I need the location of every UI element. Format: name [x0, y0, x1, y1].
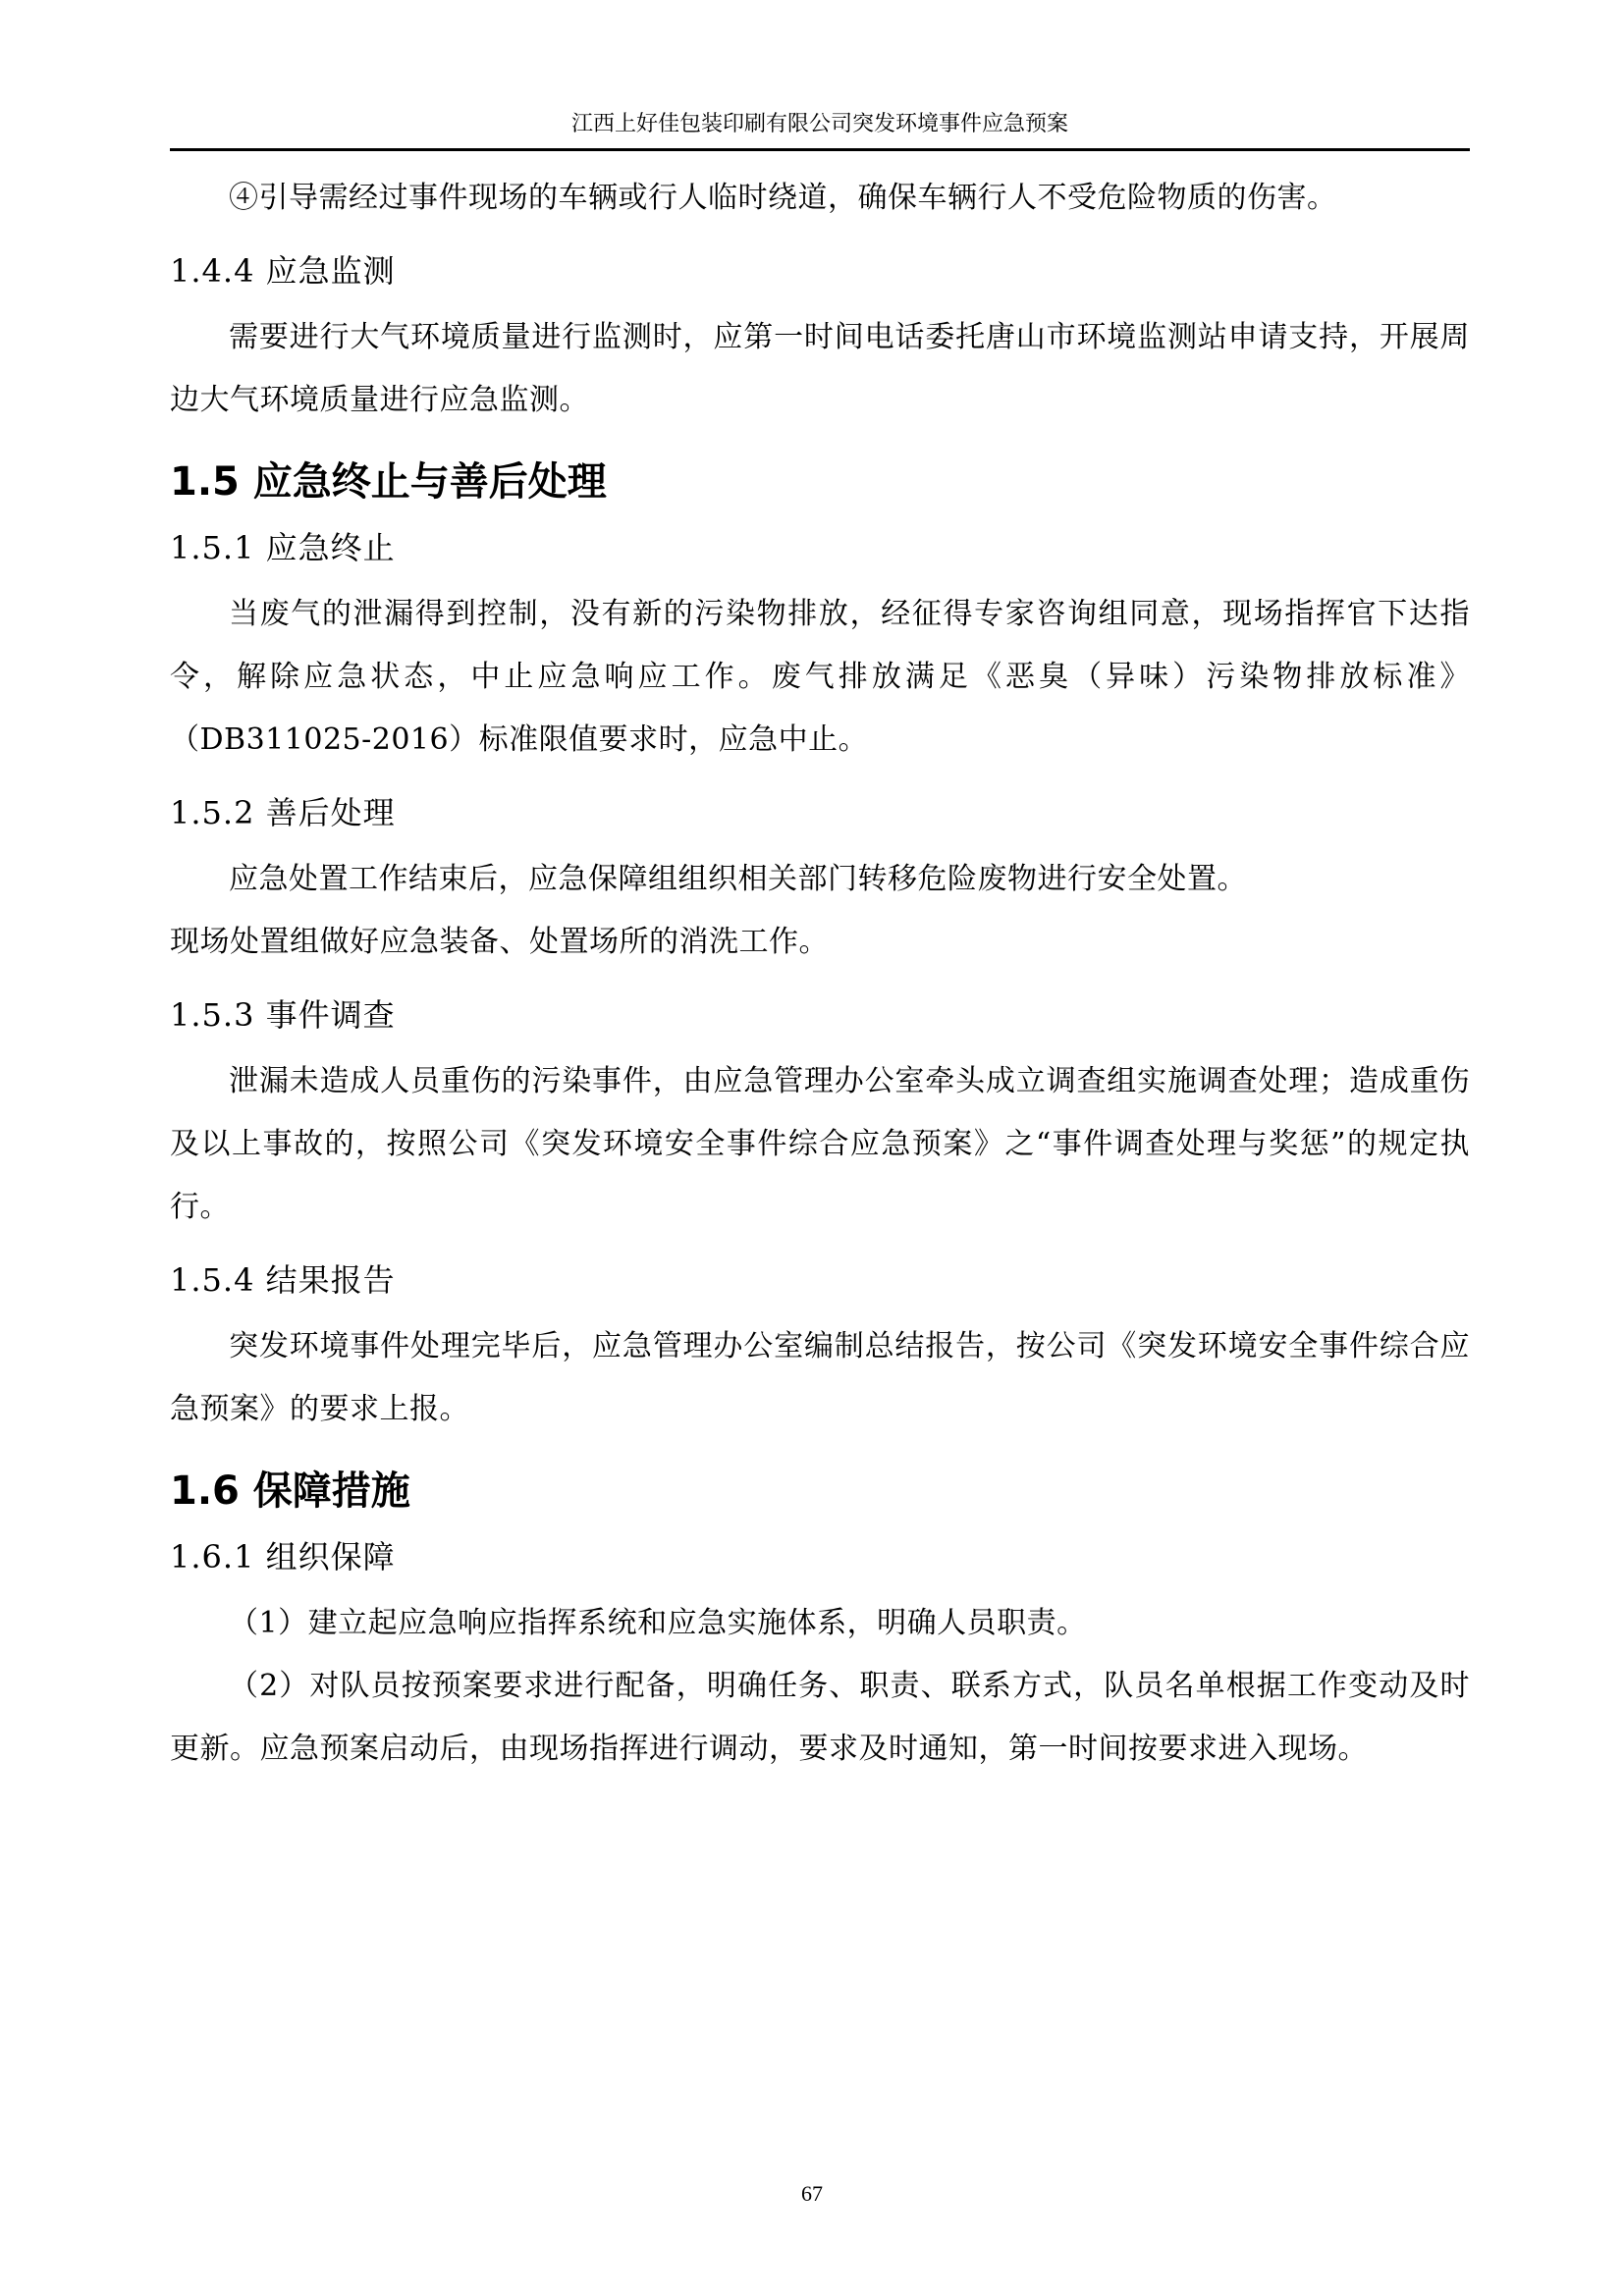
- heading-1-4-4: 1.4.4 应急监测: [170, 251, 1470, 291]
- paragraph-incident-investigation: 泄漏未造成人员重伤的污染事件，由应急管理办公室牵头成立调查组实施调查处理；造成重…: [170, 1050, 1470, 1239]
- heading-1-5-3: 1.5.3 事件调查: [170, 995, 1470, 1035]
- heading-1-6: 1.6 保障措施: [170, 1467, 1470, 1516]
- paragraph-aftermath-1: 应急处置工作结束后，应急保障组组织相关部门转移危险废物进行安全处置。: [170, 848, 1470, 911]
- heading-1-5-2: 1.5.2 善后处理: [170, 793, 1470, 832]
- page-number: 67: [0, 2181, 1624, 2207]
- paragraph-aftermath-2: 现场处置组做好应急装备、处置场所的消洗工作。: [170, 911, 1470, 974]
- heading-1-6-1: 1.6.1 组织保障: [170, 1537, 1470, 1576]
- list-item-2: （2）对队员按预案要求进行配备，明确任务、职责、联系方式，队员名单根据工作变动及…: [170, 1655, 1470, 1781]
- document-body: ④引导需经过事件现场的车辆或行人临时绕道，确保车辆行人不受危险物质的伤害。 1.…: [170, 167, 1470, 1781]
- paragraph-emergency-monitoring: 需要进行大气环境质量进行监测时，应第一时间电话委托唐山市环境监测站申请支持，开展…: [170, 306, 1470, 432]
- paragraph-text: ④引导需经过事件现场的车辆或行人临时绕道，确保车辆行人不受危险物质的伤害。: [170, 167, 1470, 230]
- heading-1-5: 1.5 应急终止与善后处理: [170, 457, 1470, 507]
- list-item-1: （1）建立起应急响应指挥系统和应急实施体系，明确人员职责。: [170, 1592, 1470, 1655]
- page-header-title: 江西上好佳包装印刷有限公司突发环境事件应急预案: [170, 110, 1470, 139]
- paragraph-detour-guidance: ④引导需经过事件现场的车辆或行人临时绕道，确保车辆行人不受危险物质的伤害。: [170, 167, 1470, 230]
- paragraph-result-report: 突发环境事件处理完毕后，应急管理办公室编制总结报告，按公司《突发环境安全事件综合…: [170, 1315, 1470, 1441]
- heading-1-5-1: 1.5.1 应急终止: [170, 528, 1470, 567]
- header-divider: [170, 148, 1470, 151]
- paragraph-emergency-termination: 当废气的泄漏得到控制，没有新的污染物排放，经征得专家咨询组同意，现场指挥官下达指…: [170, 583, 1470, 772]
- heading-1-5-4: 1.5.4 结果报告: [170, 1260, 1470, 1300]
